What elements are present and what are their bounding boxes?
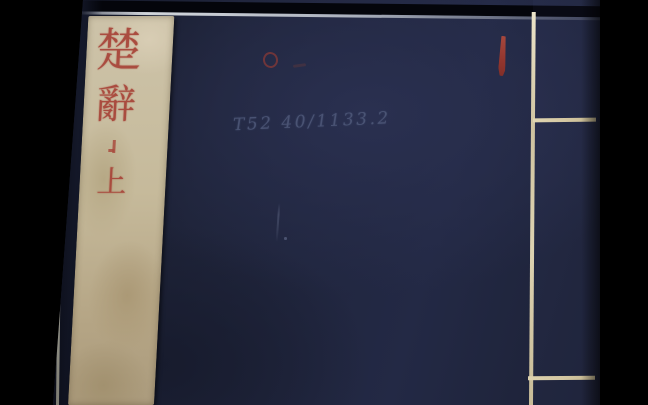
small-red-tick-mark [108,140,119,154]
title-character-1: 楚 [94,20,143,80]
photo-background: 楚 辭 上 T52 40/1133.2 [0,0,648,405]
title-character-3: 上 [96,166,128,200]
red-dash-mark [293,63,306,67]
call-number-inscription: T52 40/1133.2 [233,105,474,135]
title-calligraphy: 楚 辭 上 [81,20,150,200]
red-ring-mark [262,51,280,70]
faint-scratch-dot [284,237,287,240]
book-cover: 楚 辭 上 T52 40/1133.2 [50,0,600,405]
cover-right-edge-shadow [581,0,600,405]
red-brush-stroke-mark [498,36,507,76]
title-character-2: 辭 [94,80,137,130]
faint-scratch-mark [276,203,280,242]
